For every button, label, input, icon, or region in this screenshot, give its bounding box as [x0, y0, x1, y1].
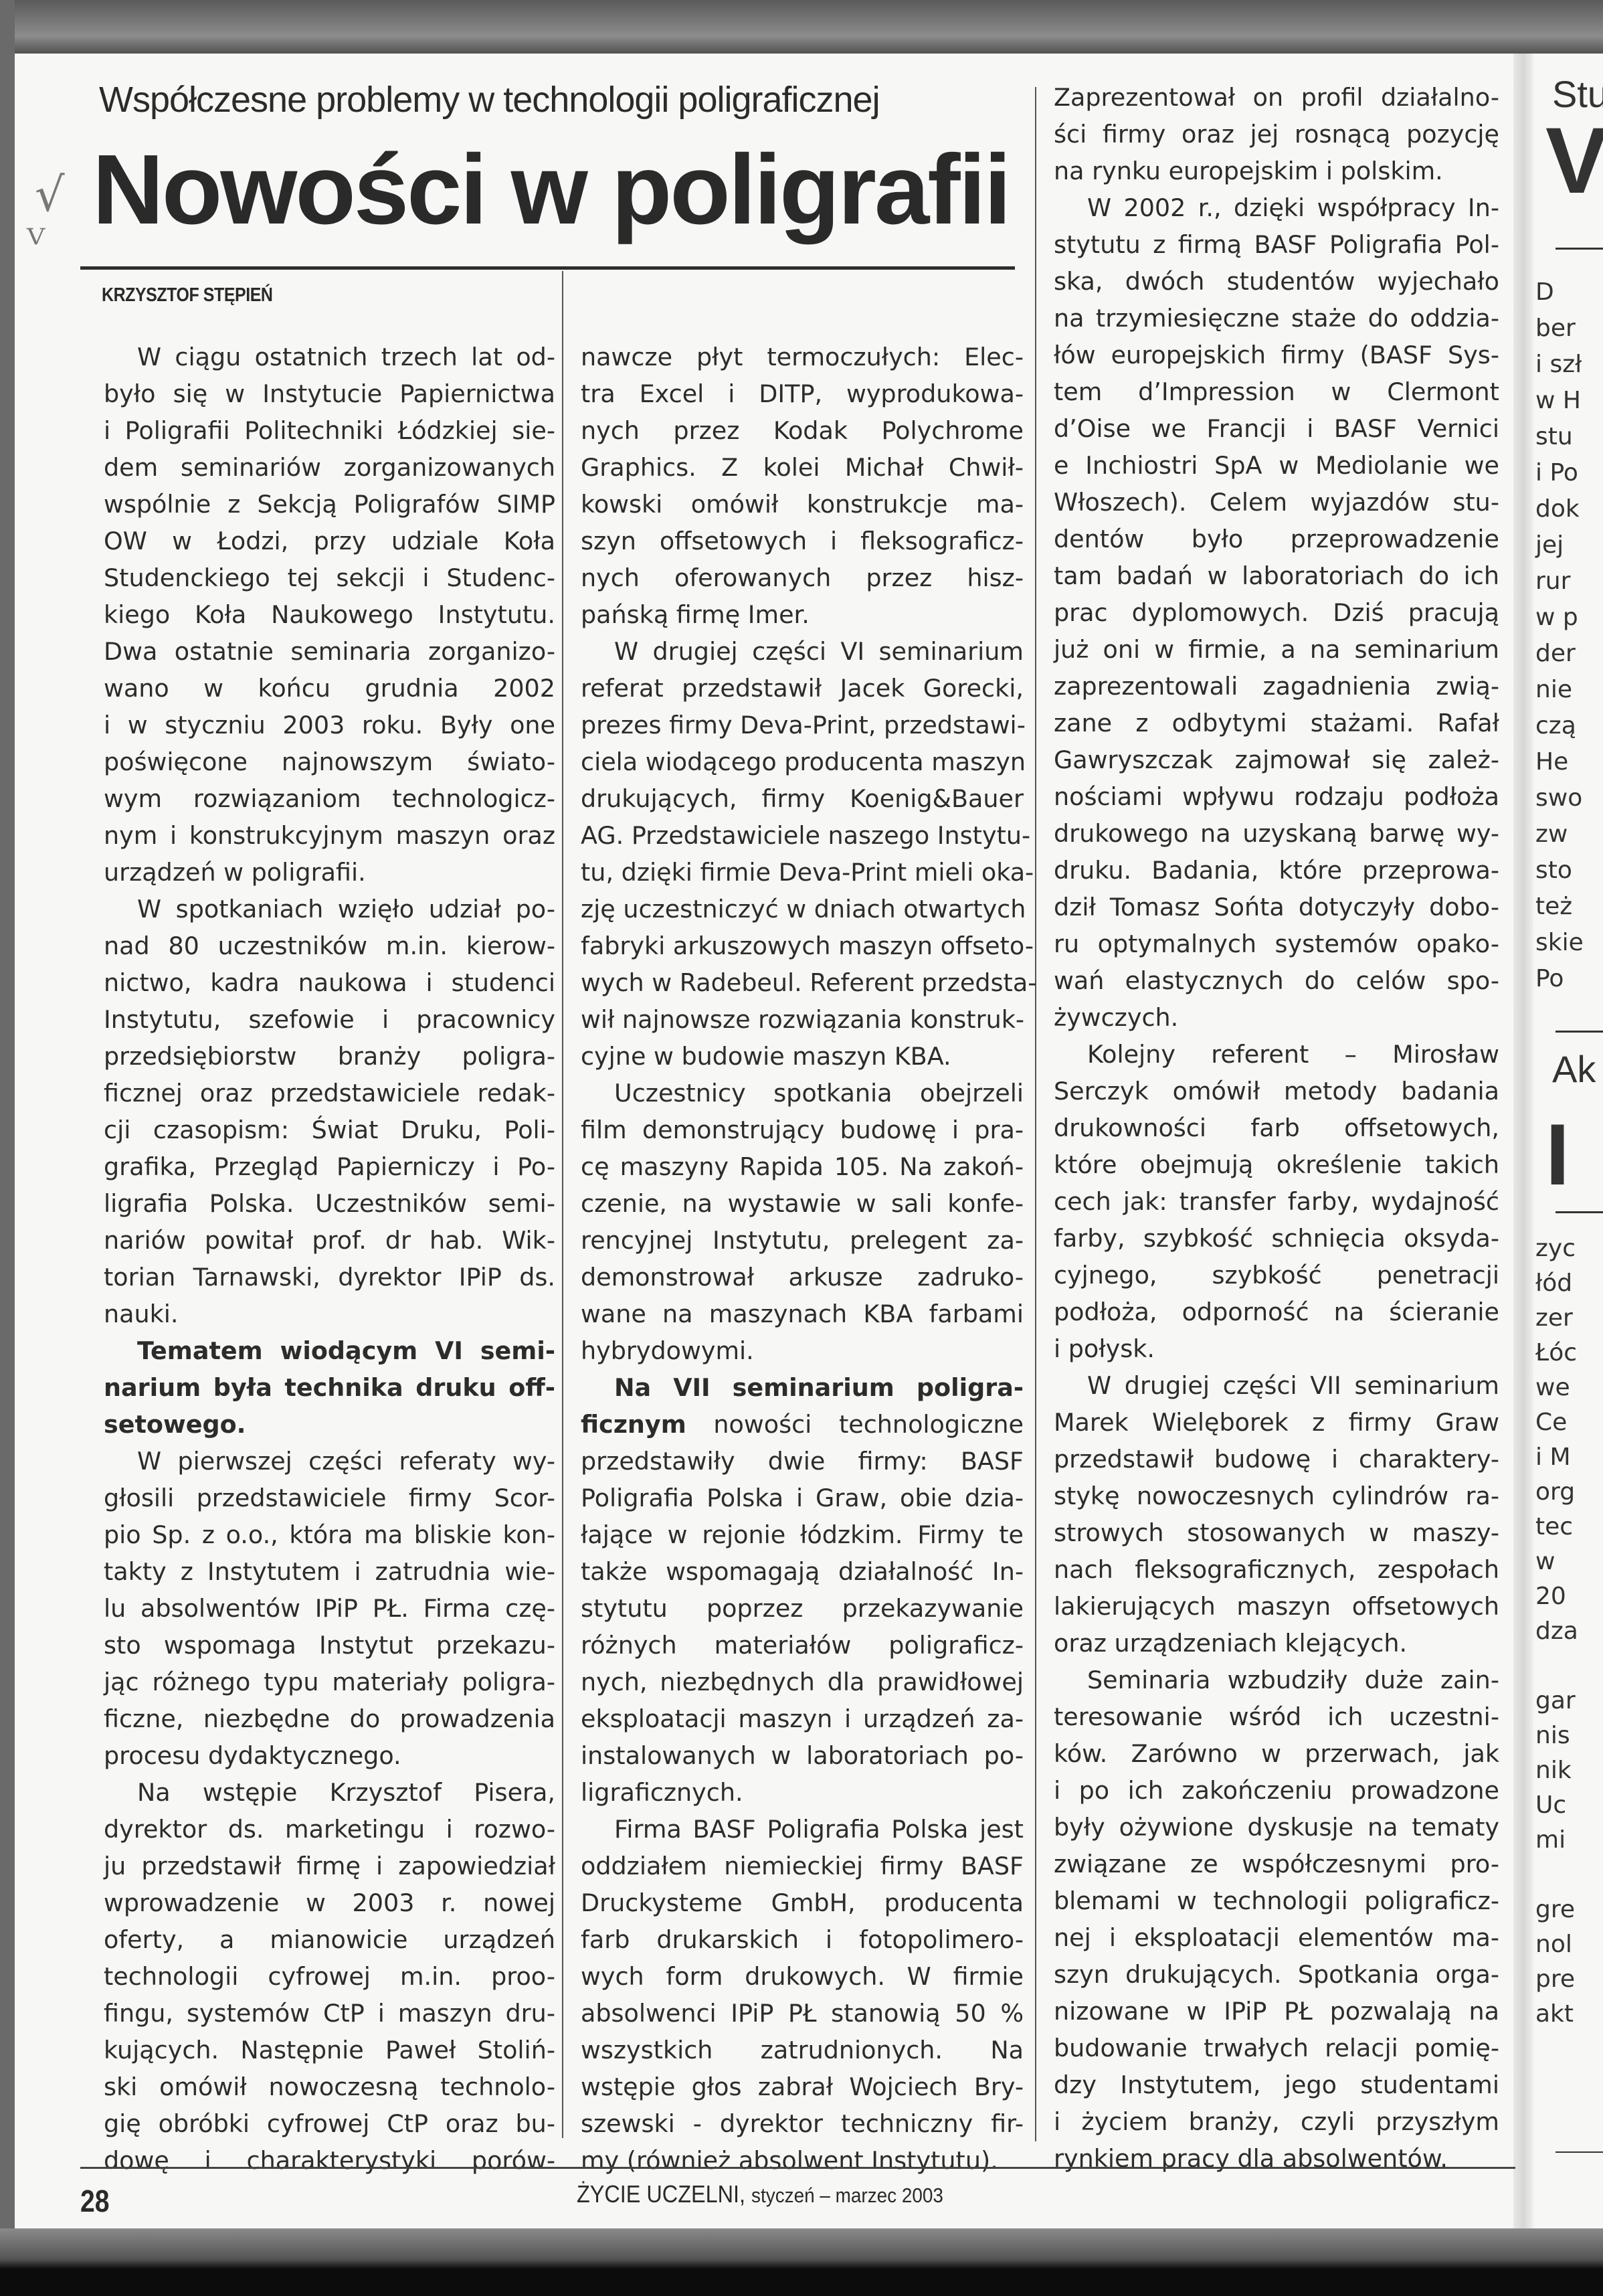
text-line: prezes firmy Deva-Print, przedstawi-: [581, 707, 1024, 743]
text-line: dyrektor ds. marketingu i rozwo-: [104, 1811, 555, 1848]
next-page-line: też: [1535, 889, 1584, 925]
text-line: dowę i charakterystyki porów-: [104, 2142, 555, 2179]
text-line: dem seminariów zorganizowanych: [104, 449, 555, 486]
next-page-line: stu: [1535, 419, 1584, 455]
text-line: hybrydowymi.: [581, 1332, 1024, 1369]
text-line: drukowności farb offsetowych,: [1054, 1110, 1499, 1146]
text-line: W ciągu ostatnich trzech lat od-: [104, 339, 555, 375]
text-line: było się w Instytucie Papiernictwa: [104, 375, 555, 412]
text-line: prac dyplomowych. Dziś pracują: [1054, 594, 1499, 631]
text-line: wym rozwiązaniom technologicz-: [104, 780, 555, 817]
text-line: wszystkich zatrudnionych. Na: [581, 2032, 1024, 2068]
text-line: Instytutu, szefowie i pracownicy: [104, 1001, 555, 1038]
text-line: OW w Łodzi, przy udziale Koła: [104, 523, 555, 559]
header-rule: [80, 266, 1015, 270]
text-line: kiego Koła Naukowego Instytutu.: [104, 596, 555, 633]
text-line: fabryki arkuszowych maszyn offseto-: [581, 928, 1024, 964]
text-line: dentów było przeprowadzenie: [1054, 521, 1499, 557]
text-line: kujących. Następnie Paweł Stoliń-: [104, 2032, 555, 2068]
text-line: nauki.: [104, 1296, 555, 1332]
next-page-line: [1535, 1649, 1578, 1684]
text-line: W 2002 r., dzięki współpracy In-: [1054, 189, 1499, 226]
next-page-line: mi: [1535, 1823, 1578, 1858]
text-line: pio Sp. z o.o., która ma bliskie kon-: [104, 1516, 555, 1553]
text-line: oferty, a mianowicie urządzeń: [104, 1921, 555, 1958]
text-line: setowego.: [104, 1406, 555, 1443]
next-page-line: Uc: [1535, 1788, 1578, 1823]
next-page-line: dza: [1535, 1614, 1578, 1649]
next-page-line: tec: [1535, 1510, 1578, 1544]
pencil-mark-icon: ⱽ: [27, 221, 45, 268]
text-line: demonstrował arkusze zadruko-: [581, 1259, 1024, 1296]
text-line: AG. Przedstawiciele naszego Instytu-: [581, 817, 1024, 854]
next-page-line: łód: [1535, 1266, 1578, 1301]
scan-edge-left: [0, 0, 15, 2296]
text-line: Na VII seminarium poligra-: [581, 1369, 1024, 1406]
text-line: i życiem branży, czyli przyszłym: [1054, 2103, 1499, 2140]
next-page-rule-3: [1555, 1211, 1603, 1213]
text-line: tam badań w laboratoriach do ich: [1054, 557, 1499, 594]
text-line: łów europejskich firmy (BASF Sys-: [1054, 337, 1499, 373]
next-page-line: [1535, 1858, 1578, 1892]
text-line: wano w końcu grudnia 2002: [104, 670, 555, 707]
text-line: przedstawił budowę i charaktery-: [1054, 1441, 1499, 1478]
text-line: cech jak: transfer farby, wydajność: [1054, 1183, 1499, 1220]
text-line: procesu dydaktycznego.: [104, 1737, 555, 1774]
text-line: nariów powitał prof. dr hab. Wik-: [104, 1222, 555, 1259]
text-line: Firma BASF Poligrafia Polska jest: [581, 1811, 1024, 1848]
text-line: ków. Zarówno w przerwach, jak: [1054, 1735, 1499, 1772]
text-line: W pierwszej części referaty wy-: [104, 1443, 555, 1480]
text-line: wił najnowsze rozwiązania konstruk-: [581, 1001, 1024, 1038]
text-line: cyjne w budowie maszyn KBA.: [581, 1038, 1024, 1075]
text-line: technologii cyfrowej m.in. proo-: [104, 1958, 555, 1995]
article-title: Nowości w poligrafii: [92, 141, 1010, 240]
text-line: ficznym nowości technologiczne: [581, 1406, 1024, 1443]
next-page-line: i Po: [1535, 455, 1584, 491]
text-line: nych oferowanych przez hisz-: [581, 559, 1024, 596]
text-line: torian Tarnawski, dyrektor IPiP ds.: [104, 1259, 555, 1296]
text-line: d’Oise we Francji i BASF Vernici: [1054, 410, 1499, 447]
text-line: gię obróbki cyfrowej CtP oraz bu-: [104, 2105, 555, 2142]
text-line: fingu, systemów CtP i maszyn dru-: [104, 1995, 555, 2032]
next-page-line: zw: [1535, 816, 1584, 853]
text-line: farby, szybkość schnięcia oksyda-: [1054, 1220, 1499, 1257]
text-line: Zaprezentował on profil działalno-: [1054, 79, 1499, 116]
text-line: Gawryszczak zajmował się zależ-: [1054, 741, 1499, 778]
next-page-line: ber: [1535, 311, 1584, 347]
text-line: W drugiej części VII seminarium: [1054, 1367, 1499, 1404]
next-page-line: w p: [1535, 600, 1584, 636]
text-line: wych w Radebeul. Referent przedsta-: [581, 964, 1024, 1001]
text-line: W drugiej części VI seminarium: [581, 633, 1024, 670]
scan-edge-bottom: [0, 2228, 1603, 2296]
text-line: ski omówił nowoczesną technolo-: [104, 2068, 555, 2105]
text-line: dził Tomasz Sońta dotyczyły dobo-: [1054, 889, 1499, 925]
next-page-line: pre: [1535, 1962, 1578, 1997]
text-line: nizowane w IPiP PŁ pozwalają na: [1054, 1993, 1499, 2030]
next-page-title: V: [1545, 114, 1603, 207]
next-page-line: skie: [1535, 925, 1584, 961]
text-line: takty z Instytutem i zatrudnia wie-: [104, 1553, 555, 1590]
page-number: 28: [80, 2183, 109, 2219]
text-line: zane z odbytymi stażami. Rafał: [1054, 705, 1499, 741]
text-line: już oni w firmie, a na seminarium: [1054, 631, 1499, 668]
article-author: KRZYSZTOF STĘPIEŃ: [102, 284, 273, 306]
text-line: narium była technika druku off-: [104, 1369, 555, 1406]
text-line: ciela wiodącego producenta maszyn: [581, 743, 1024, 780]
text-line: Dwa ostatnie seminaria zorganizo-: [104, 633, 555, 670]
text-line: pańską firmę Imer.: [581, 596, 1024, 633]
scan-edge-top: [0, 0, 1603, 60]
next-page-line: i M: [1535, 1440, 1578, 1475]
text-line: związane ze współczesnymi pro-: [1054, 1846, 1499, 1882]
next-page-line: nik: [1535, 1753, 1578, 1788]
text-line: nawcze płyt termoczułych: Elec-: [581, 339, 1024, 375]
text-line: budowanie trwałych relacji pomię-: [1054, 2030, 1499, 2066]
next-page-line: rur: [1535, 563, 1584, 600]
next-page-line: gar: [1535, 1684, 1578, 1718]
text-line: Poligrafia Polska i Graw, obie dzia-: [581, 1480, 1024, 1516]
text-line: rynkiem pracy dla absolwentów.: [1054, 2140, 1499, 2177]
text-line: nach fleksograficznych, zespołach: [1054, 1551, 1499, 1588]
text-line: eksploatacji maszyn i urządzeń za-: [581, 1700, 1024, 1737]
text-line: wań elastycznych do celów spo-: [1054, 962, 1499, 999]
next-page-line: w H: [1535, 383, 1584, 419]
text-line: tu, dzięki firmie Deva-Print mieli oka-: [581, 854, 1024, 891]
text-line: łające w rejonie łódzkim. Firmy te: [581, 1516, 1024, 1553]
next-page-line: jej: [1535, 527, 1584, 563]
text-line: urządzeń w poligrafii.: [104, 854, 555, 891]
text-line: cyjnego, szybkość penetracji: [1054, 1257, 1499, 1294]
text-line: szyn drukujących. Spotkania orga-: [1054, 1956, 1499, 1993]
next-page-footer-rule: [1555, 2151, 1603, 2153]
text-line: nościami wpływu rodzaju podłoża: [1054, 778, 1499, 815]
column-divider-2: [1035, 87, 1036, 2141]
next-page-rule: [1555, 248, 1603, 250]
text-line: czenie, na wystawie w sali konfe-: [581, 1185, 1024, 1222]
text-line: i w styczniu 2003 roku. Były one: [104, 707, 555, 743]
text-line: kowski omówił konstrukcje ma-: [581, 486, 1024, 523]
text-line: farb drukarskich i fotopolimero-: [581, 1921, 1024, 1958]
text-line: Seminaria wzbudziły duże zain-: [1054, 1662, 1499, 1698]
text-line: przedstawiły dwie firmy: BASF: [581, 1443, 1024, 1480]
text-line: wprowadzenie w 2003 r. nowej: [104, 1884, 555, 1921]
text-line: ficznej oraz przedstawiciele redak-: [104, 1075, 555, 1112]
text-line: zję uczestniczyć w dniach otwartych: [581, 891, 1024, 928]
text-column-2: nawcze płyt termoczułych: Elec-tra Excel…: [581, 339, 1024, 2179]
next-page-line: D: [1535, 274, 1584, 311]
next-page-line: zyc: [1535, 1231, 1578, 1266]
text-line: Na wstępie Krzysztof Pisera,: [104, 1774, 555, 1811]
next-page-line: czą: [1535, 708, 1584, 744]
next-page-text-top: Dberi szłw Hstui Podokjejrurw pdernieczą…: [1535, 274, 1584, 997]
text-line: grafika, Przegląd Papierniczy i Po-: [104, 1148, 555, 1185]
text-line: blemami w technologii poligraficz-: [1054, 1882, 1499, 1919]
text-line: jąc różnego typu materiały poligra-: [104, 1664, 555, 1700]
next-page-subhead: Ak: [1552, 1047, 1596, 1091]
text-line: zaprezentowali zagadnienia zwią-: [1054, 668, 1499, 705]
next-page-line: Po: [1535, 961, 1584, 997]
next-page-line: nie: [1535, 672, 1584, 708]
text-line: Włoszech). Celem wyjazdów stu-: [1054, 484, 1499, 521]
text-line: i Poligrafii Politechniki Łódzkiej sie-: [104, 412, 555, 449]
text-line: żywczych.: [1054, 999, 1499, 1036]
next-page-line: Ce: [1535, 1405, 1578, 1440]
next-page-line: swo: [1535, 780, 1584, 816]
text-line: nej i eksploatacji elementów ma-: [1054, 1919, 1499, 1956]
footer-rule: [80, 2167, 1515, 2169]
text-line: absolwenci IPiP PŁ stanowią 50 %: [581, 1995, 1024, 2032]
text-line: cji czasopism: Świat Druku, Poli-: [104, 1112, 555, 1148]
text-line: wstępie głos zabrał Wojciech Bry-: [581, 2068, 1024, 2105]
text-line: stytutu z firmą BASF Poligrafia Pol-: [1054, 226, 1499, 263]
text-line: ficzne, niezbędne do prowadzenia: [104, 1700, 555, 1737]
text-line: dzy Instytutem, jego studentami: [1054, 2066, 1499, 2103]
text-line: strowych stosowanych w maszy-: [1054, 1514, 1499, 1551]
text-line: poświęcone najnowszym świato-: [104, 743, 555, 780]
next-page-line: zer: [1535, 1301, 1578, 1336]
text-line: stytutu poprzez przekazywanie: [581, 1590, 1024, 1627]
next-page-line: 20: [1535, 1579, 1578, 1614]
next-page-line: He: [1535, 744, 1584, 780]
next-page-line: nis: [1535, 1718, 1578, 1753]
text-line: Marek Wielęborek z firmy Graw: [1054, 1404, 1499, 1441]
text-line: e Inchiostri SpA w Mediolanie we: [1054, 447, 1499, 484]
text-line: rencyjnej Instytutu, prelegent za-: [581, 1222, 1024, 1259]
text-line: nictwo, kadra naukowa i studenci: [104, 964, 555, 1001]
text-line: różnych materiałów poligraficz-: [581, 1627, 1024, 1664]
text-line: Studenckiego tej sekcji i Studenc-: [104, 559, 555, 596]
text-line: Uczestnicy spotkania obejrzeli: [581, 1075, 1024, 1112]
text-line: drukujących, firmy Koenig&Bauer: [581, 780, 1024, 817]
text-line: teresowanie wśród ich uczestni-: [1054, 1698, 1499, 1735]
next-page-line: w: [1535, 1544, 1578, 1579]
next-page-line: der: [1535, 636, 1584, 672]
text-line: tem d’Impression w Clermont: [1054, 373, 1499, 410]
next-page-line: akt: [1535, 1997, 1578, 2032]
text-line: nych, niezbędnych dla prawidłowej: [581, 1664, 1024, 1700]
next-page-line: gre: [1535, 1892, 1578, 1927]
section-kicker: Współczesne problemy w technologii polig…: [99, 79, 880, 120]
pencil-checkmark-icon: √: [35, 167, 65, 222]
text-line: Graphics. Z kolei Michał Chwił-: [581, 449, 1024, 486]
next-page-text-bottom: zycłódzerŁócweCei Morgtecw20dza garnisni…: [1535, 1231, 1578, 2032]
text-line: i połysk.: [1054, 1330, 1499, 1367]
footer-publication: ŻYCIE UCZELNI, styczeń – marzec 2003: [577, 2180, 943, 2208]
text-line: sto wspomaga Instytut przekazu-: [104, 1627, 555, 1664]
text-line: były ożywione dyskusje na tematy: [1054, 1809, 1499, 1846]
text-line: oraz urządzeniach klejących.: [1054, 1625, 1499, 1662]
text-line: głosili przedstawiciele firmy Scor-: [104, 1480, 555, 1516]
text-line: stykę nowoczesnych cylindrów ra-: [1054, 1478, 1499, 1514]
text-line: wane na maszynach KBA farbami: [581, 1296, 1024, 1332]
publication-name: ŻYCIE UCZELNI,: [577, 2180, 745, 2208]
text-line: wych form drukowych. W firmie: [581, 1958, 1024, 1995]
text-line: na trzymiesięczne staże do oddzia-: [1054, 300, 1499, 337]
text-line: szyn offsetowych i fleksograficz-: [581, 523, 1024, 559]
text-line: Serczyk omówił metody badania: [1054, 1073, 1499, 1110]
text-line: lu absolwentów IPiP PŁ. Firma czę-: [104, 1590, 555, 1627]
next-page-line: dok: [1535, 491, 1584, 527]
text-line: Tematem wiodącym VI semi-: [104, 1332, 555, 1369]
text-line: i po ich zakończeniu prowadzone: [1054, 1772, 1499, 1809]
text-column-3: Zaprezentował on profil działalno-ści fi…: [1054, 79, 1499, 2177]
text-line: Druckysteme GmbH, producenta: [581, 1884, 1024, 1921]
next-page-line: org: [1535, 1475, 1578, 1510]
text-line: przedsiębiorstw branży poligra-: [104, 1038, 555, 1075]
text-line: ligraficznych.: [581, 1774, 1024, 1811]
text-line: które obejmują określenie takich: [1054, 1146, 1499, 1183]
text-line: ści firmy oraz jej rosnącą pozycję: [1054, 116, 1499, 153]
text-line: ru optymalnych systemów opako-: [1054, 925, 1499, 962]
text-line: cę maszyny Rapida 105. Na zakoń-: [581, 1148, 1024, 1185]
text-line: także wspomagają działalność In-: [581, 1553, 1024, 1590]
text-line: my (również absolwent Instytutu).: [581, 2142, 1024, 2179]
text-line: film demonstrujący budowę i pra-: [581, 1112, 1024, 1148]
next-page-line: Łóc: [1535, 1336, 1578, 1371]
text-line: drukowego na uzyskaną barwę wy-: [1054, 815, 1499, 852]
text-line: nym i konstrukcyjnym maszyn oraz: [104, 817, 555, 854]
text-line: na rynku europejskim i polskim.: [1054, 153, 1499, 189]
text-line: druku. Badania, które przeprowa-: [1054, 852, 1499, 889]
text-line: nad 80 uczestników m.in. kierow-: [104, 928, 555, 964]
page-gutter: [1513, 54, 1533, 2232]
next-page-rule-2: [1555, 1031, 1603, 1033]
text-line: lakierujących maszyn offsetowych: [1054, 1588, 1499, 1625]
next-page-line: i szł: [1535, 347, 1584, 383]
text-column-1: W ciągu ostatnich trzech lat od-było się…: [104, 339, 555, 2179]
text-line: W spotkaniach wzięło udział po-: [104, 891, 555, 928]
text-line: oddziałem niemieckiej firmy BASF: [581, 1848, 1024, 1884]
text-line: ju przedstawił firmę i zapowiedział: [104, 1848, 555, 1884]
next-page-line: nol: [1535, 1927, 1578, 1962]
text-line: referat przedstawił Jacek Gorecki,: [581, 670, 1024, 707]
column-divider-1: [562, 271, 563, 2138]
text-line: nych przez Kodak Polychrome: [581, 412, 1024, 449]
issue-date: styczeń – marzec 2003: [751, 2184, 943, 2207]
text-line: ligrafia Polska. Uczestników semi-: [104, 1185, 555, 1222]
text-line: tra Excel i DITP, wyprodukowa-: [581, 375, 1024, 412]
next-page-line: sto: [1535, 853, 1584, 889]
next-page-title-2: I: [1545, 1111, 1570, 1198]
next-page-line: we: [1535, 1371, 1578, 1405]
text-line: instalowanych w laboratoriach po-: [581, 1737, 1024, 1774]
text-line: Kolejny referent – Mirosław: [1054, 1036, 1499, 1073]
bold-run: ficznym: [581, 1410, 686, 1439]
text-line: wspólnie z Sekcją Poligrafów SIMP: [104, 486, 555, 523]
text-line: szewski - dyrektor techniczny fir-: [581, 2105, 1024, 2142]
text-line: podłoża, odporność na ścieranie: [1054, 1294, 1499, 1330]
text-line: ska, dwóch studentów wyjechało: [1054, 263, 1499, 300]
